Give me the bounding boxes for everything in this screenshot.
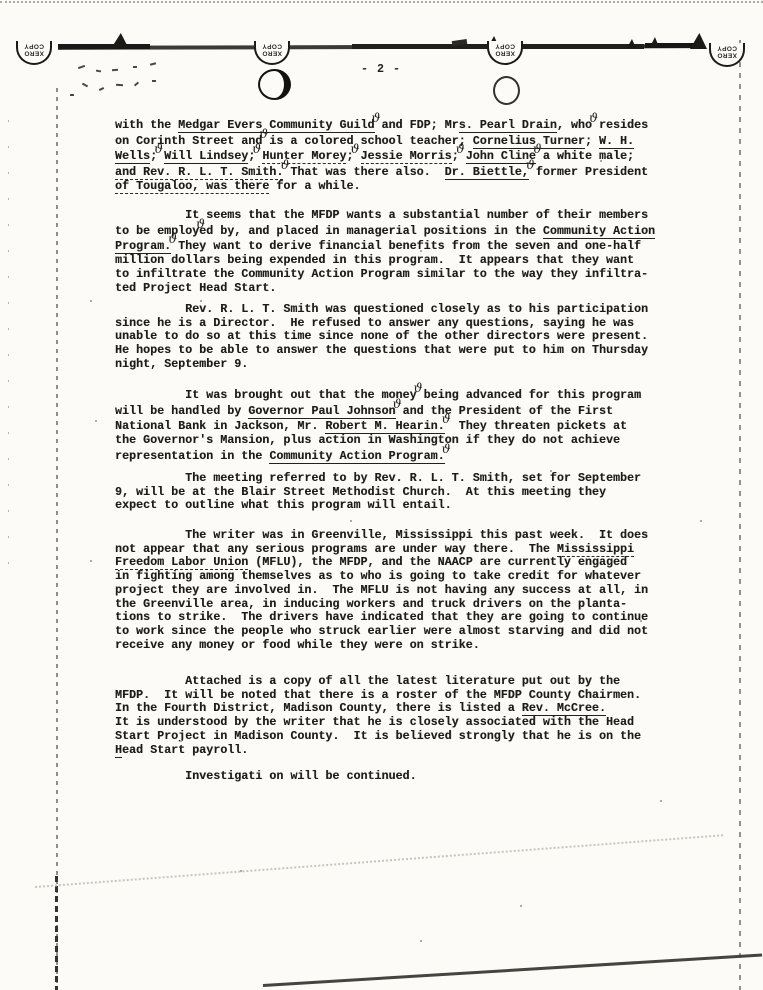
scan-speck (90, 300, 92, 302)
underlined-text: Wells (115, 149, 150, 164)
scan-speck (90, 560, 92, 562)
typed-text: The meeting referred to by Rev. R. L. T.… (115, 471, 641, 512)
underlined-text: and Rev. R. L. T. Smith. (115, 165, 283, 180)
pencil-scribble-mark (150, 62, 156, 65)
scan-speck (700, 520, 702, 522)
typed-text: for a while. (269, 179, 360, 193)
scan-speck (660, 800, 662, 802)
scan-speck (200, 300, 202, 302)
scan-speck (95, 420, 97, 422)
xerox-copy-stamp: XEROCOPY (16, 41, 52, 65)
scan-speck (420, 940, 422, 942)
paragraph: It seems that the MFDP wants a substanti… (115, 209, 667, 295)
paragraph: The writer was in Greenville, Mississipp… (115, 529, 667, 652)
typed-text: It was brought out that the money (115, 388, 417, 402)
typed-text: is a colored school teacher; (262, 134, 472, 148)
scan-speck (240, 870, 242, 872)
xerox-copy-stamp-text: XEROCOPY (24, 42, 44, 57)
scan-speck (600, 160, 602, 162)
scanned-document-page: { "page": { "number_label": "- 2 -" }, "… (0, 0, 763, 990)
pencil-scribble-mark (82, 83, 88, 88)
typed-text: ead Start payroll. (122, 743, 248, 757)
scan-left-edge-dark (55, 876, 58, 990)
pencil-scribble-mark (134, 82, 139, 87)
scan-far-left-dots (8, 120, 9, 580)
typed-text: with the (115, 118, 178, 132)
scan-left-edge-dashes (56, 88, 58, 988)
underlined-text: Community Action (543, 224, 655, 239)
typed-text: That was there also. (283, 165, 444, 179)
xerox-copy-stamp-text: XEROCOPY (262, 42, 282, 57)
underlined-text: Medgar Evers Community Guild (178, 118, 374, 133)
typed-text: and FDP; Mr (375, 118, 459, 132)
underlined-text: s. Pearl Drain (459, 118, 557, 133)
scan-wedge-mark (112, 33, 128, 47)
paragraph: Rev. R. L. T. Smith was questioned close… (115, 303, 667, 372)
scan-speck (420, 250, 422, 252)
xerox-copy-stamp: XEROCOPY (254, 41, 290, 65)
scan-speck (550, 470, 552, 472)
pencil-scribble-mark (96, 70, 101, 73)
scan-top-edge-dots (0, 1, 763, 3)
typed-text: (MFLU), the MFDP, and the NAACP are curr… (115, 555, 648, 651)
paragraph: Investigati on will be continued. (115, 770, 667, 784)
underlined-text: Cornelius Turner (473, 134, 585, 149)
underlined-text: Dr. Biettle, (445, 165, 529, 180)
underlined-text: Governor Paul Johnson (248, 404, 395, 419)
xerox-copy-stamp-text: XEROCOPY (495, 42, 515, 57)
scan-speck (520, 905, 522, 907)
page-number: - 2 - (361, 62, 401, 76)
underlined-text: Community Action Program. (269, 449, 444, 464)
punch-hole-circle (493, 76, 520, 105)
underlined-text: Hunter Morey (262, 149, 346, 164)
scan-wedge-mark (650, 37, 659, 47)
pencil-scribble-mark (116, 84, 123, 87)
punch-hole-circle (258, 69, 291, 100)
pencil-scribble-mark (99, 87, 104, 91)
typed-text: , who (557, 118, 592, 132)
pencil-scribble-mark (70, 94, 74, 96)
xerox-copy-stamp-text: XEROCOPY (717, 44, 737, 59)
paragraph: The meeting referred to by Rev. R. L. T.… (115, 472, 667, 513)
underlined-text: of Tougaloo, was there (115, 179, 269, 194)
typed-text: former President (529, 165, 648, 179)
underlined-text: Will Lindsey (164, 149, 248, 164)
paragraph: It was brought out that the moneyϑ being… (115, 387, 667, 464)
photocopy-page-edge-line-dark-left (58, 44, 150, 49)
scan-speck (350, 520, 352, 522)
pencil-scribble-mark (133, 66, 137, 68)
paragraph: Attached is a copy of all the latest lit… (115, 675, 667, 757)
scan-wedge-mark (690, 33, 707, 49)
typed-text: They want to derive financial benefits f… (115, 239, 648, 294)
underlined-text: W. H. (599, 134, 634, 149)
pencil-scribble-mark (152, 80, 156, 82)
xerox-copy-stamp: XEROCOPY (487, 41, 523, 65)
underlined-text: H (115, 743, 122, 758)
scan-faint-diagonal-line (35, 834, 723, 888)
typed-text: ; (585, 134, 599, 148)
scan-right-edge-dashes (739, 40, 741, 990)
typed-text: Investigati on will be continued. (115, 769, 417, 783)
typed-text: ed by, and placed in managerial position… (199, 224, 543, 238)
paragraph: with the Medgar Evers Community Guildϑ a… (115, 117, 667, 194)
pencil-scribble-mark (78, 65, 85, 69)
scan-speck (180, 740, 182, 742)
underlined-text: Jessie Morris (361, 149, 452, 164)
scan-speck (640, 620, 642, 622)
pencil-scribble-mark (112, 69, 118, 72)
typed-text: a white male; (536, 149, 634, 163)
typed-text: Rev. R. L. T. Smith was questioned close… (115, 302, 648, 371)
scan-bottom-diagonal-line (263, 953, 762, 987)
typed-text: It is understood by the writer that he i… (115, 715, 641, 743)
